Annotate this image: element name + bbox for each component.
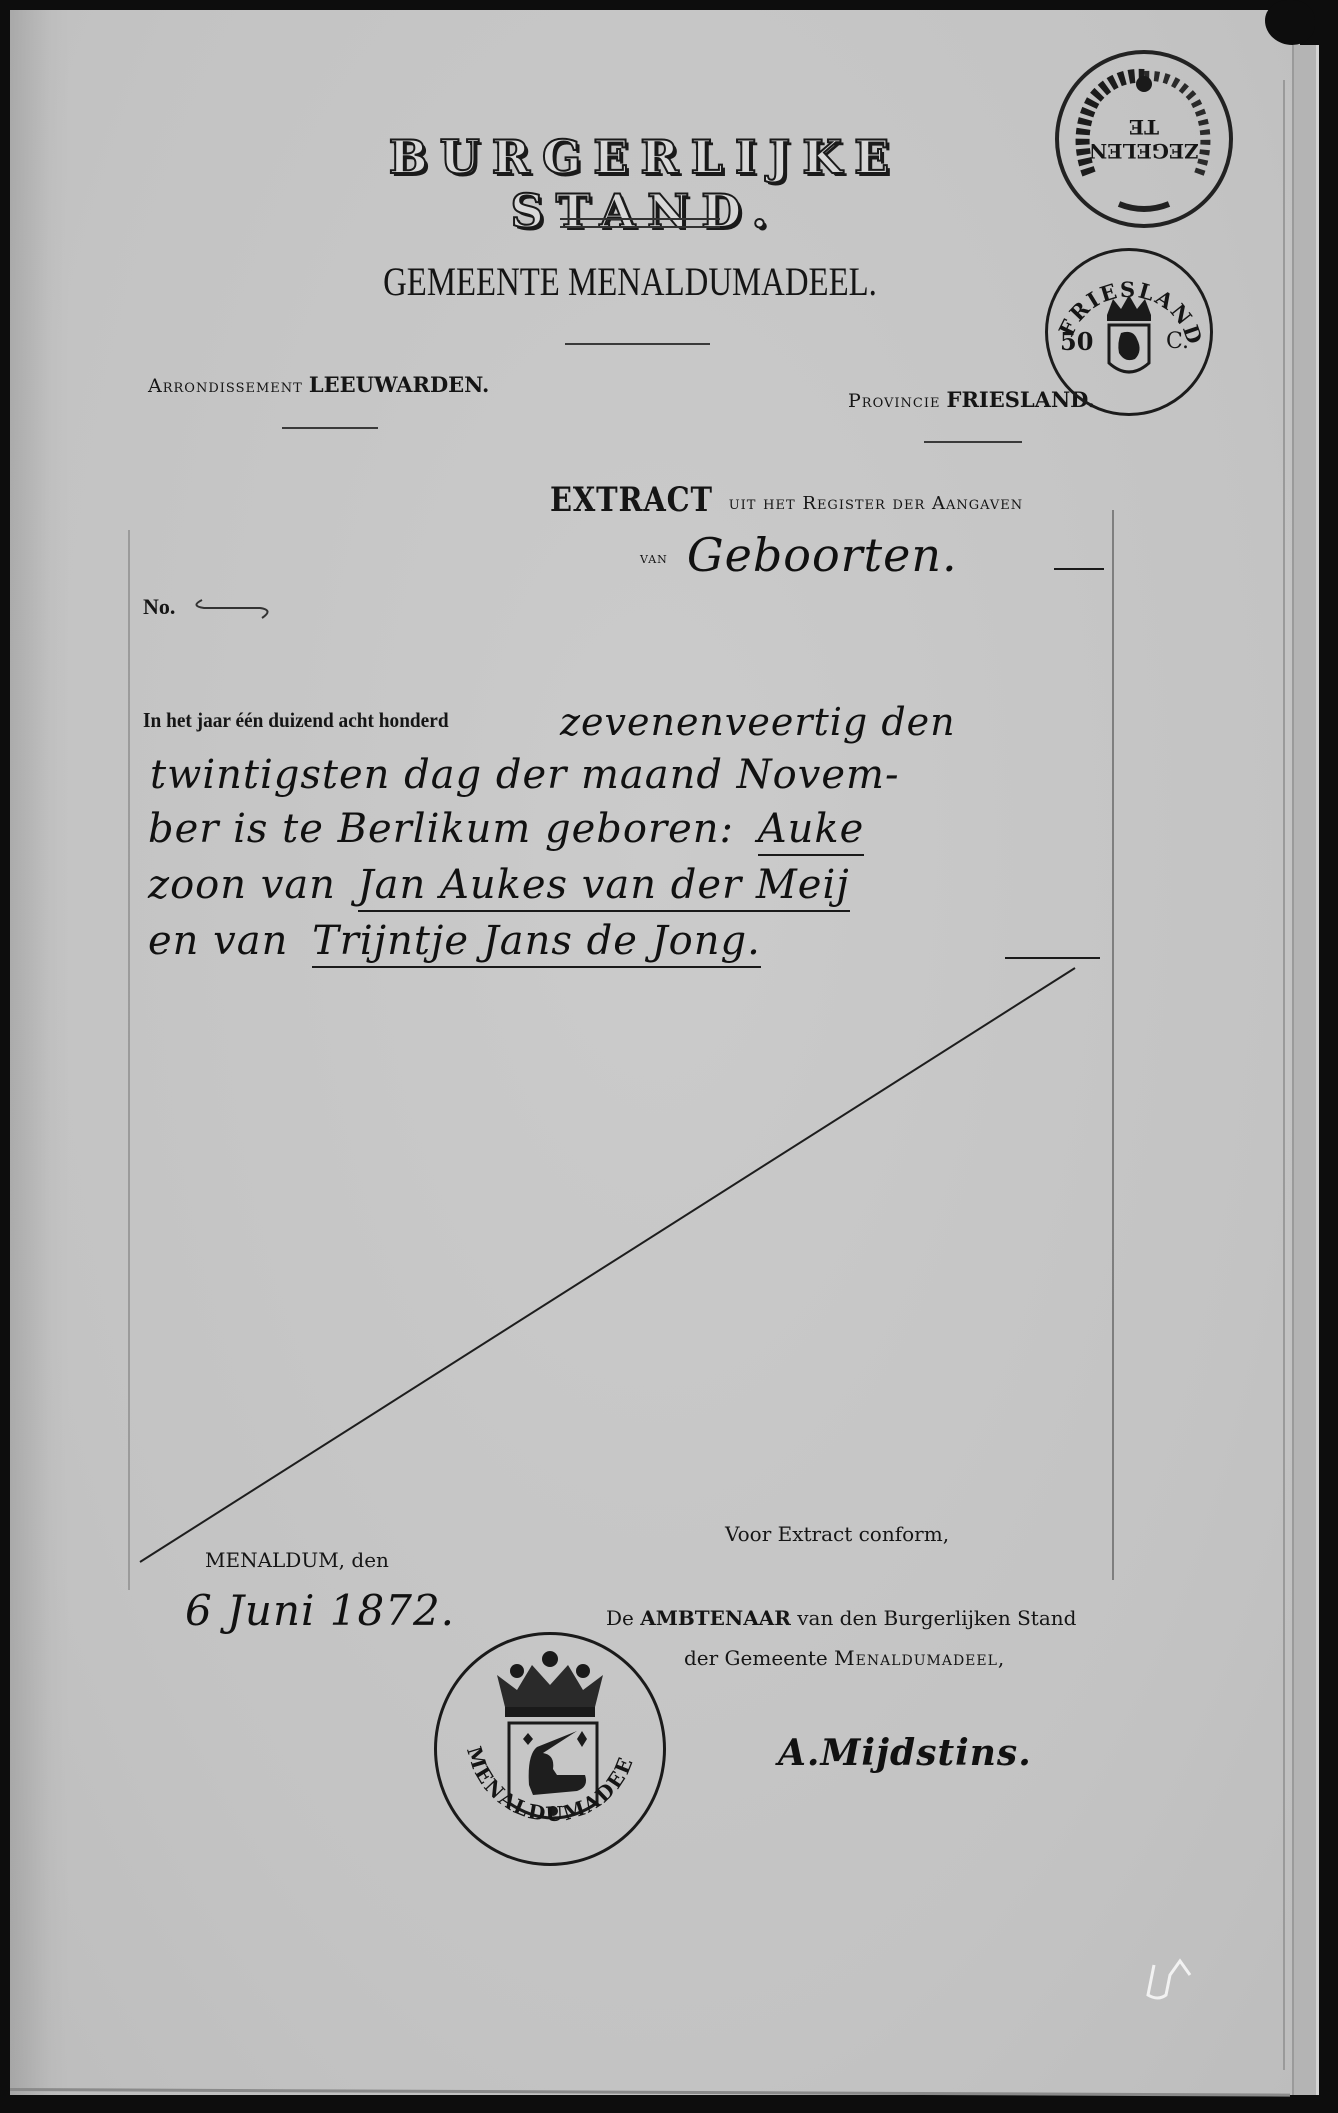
den-label: , den (339, 1548, 389, 1572)
official-title: AMBTENAAR (640, 1606, 791, 1630)
place-name: MENALDUM (205, 1548, 339, 1572)
official-gemeente: der Gemeente (684, 1646, 828, 1670)
municipal-seal: MENALDUMADEEL. (434, 1632, 666, 1866)
official-stand: van den Burgerlijken Stand (797, 1606, 1076, 1630)
official-line2: der Gemeente Menaldumadeel, (684, 1646, 1005, 1670)
conform-line: Voor Extract conform, (725, 1522, 949, 1546)
official-de: De (606, 1606, 634, 1630)
official-signature: A.Mijdstins. (778, 1732, 1032, 1774)
official-line1: De AMBTENAAR van den Burgerlijken Stand (606, 1606, 1076, 1630)
scratch-mark (1140, 1955, 1230, 2015)
date-handwritten: 6 Juni 1872. (185, 1586, 455, 1635)
diagonal-cancel-line (0, 0, 1338, 2113)
unicorn-coat-of-arms-icon: MENALDUMADEEL. (437, 1635, 663, 1863)
official-municipality: Menaldumadeel, (834, 1646, 1005, 1670)
place-line: MENALDUM, den (205, 1548, 389, 1572)
